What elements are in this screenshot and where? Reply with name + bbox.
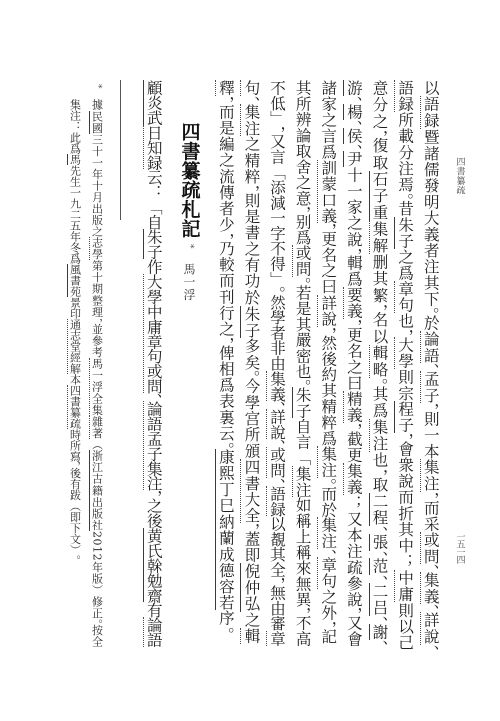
punctuation: ，	[371, 130, 387, 138]
punctuation: 、	[371, 575, 387, 583]
article-title: 四書纂疏札記	[180, 122, 199, 238]
proper-noun-mark: 尹	[343, 151, 363, 167]
book-title-mark: 詳說	[317, 295, 337, 327]
proper-noun-mark: 謝	[369, 624, 389, 641]
punctuation: ，	[345, 607, 361, 615]
punctuation: ，	[371, 304, 387, 312]
text-run: ，則一本	[422, 403, 440, 459]
text-run: 集注：此爲	[69, 99, 82, 154]
book-page: 四書纂疏 一五一四 以語録暨諸儒發明大義者注其下。於論語、孟子，則一本集注，而采…	[0, 0, 500, 721]
text-run: ，蓋即	[242, 523, 260, 563]
running-header-title: 四書纂疏	[455, 157, 464, 195]
punctuation: 。	[371, 378, 387, 386]
book-title-mark: 或問	[266, 447, 286, 478]
text-run: 、	[319, 549, 337, 557]
proper-noun-mark: 朱子	[292, 387, 312, 419]
proper-noun-mark: 顧炎武	[143, 80, 163, 125]
text-run: 有	[145, 602, 163, 617]
text-run: 其所辨論取舍之意，别爲	[294, 80, 312, 245]
text-run: 、	[242, 96, 260, 104]
book-title-mark: 論語	[420, 331, 440, 363]
punctuation: ，	[92, 318, 103, 324]
book-title-mark: 志學	[89, 237, 104, 260]
text-run: 、	[268, 478, 286, 486]
proper-noun-mark: 二程	[369, 493, 389, 526]
book-title-mark: 或問	[292, 245, 312, 277]
proper-noun-mark: 石子重	[369, 171, 389, 221]
preface-column: 諸家之言爲訓蒙口義，更名之曰詳說，然後約其精粹爲集注。而於集注、章句之外，記	[320, 80, 336, 644]
punctuation: ，	[397, 329, 413, 337]
proper-noun-mark: 朱子	[394, 217, 414, 249]
punctuation: 、	[371, 616, 387, 624]
punctuation: 、	[243, 96, 259, 104]
text-run: 、	[422, 604, 440, 612]
text-run: 意分之，復取	[371, 80, 389, 171]
text-run: 、	[422, 645, 440, 653]
book-title-mark: 集注	[292, 466, 312, 498]
punctuation: ，	[422, 492, 438, 500]
text-run: 暨諸儒發明大義者注其下。於	[422, 129, 440, 331]
book-title-mark: 大學中庸章句或問	[143, 274, 163, 393]
text-run: 作	[145, 259, 163, 274]
book-title-mark: 章句	[394, 281, 414, 313]
proper-noun-mark: 納蘭成德容若	[215, 514, 235, 611]
text-run: ，更名之曰	[319, 223, 337, 294]
proper-noun-mark: 程子	[394, 401, 414, 433]
text-run: ，之後	[145, 490, 163, 528]
book-title-mark: 輯略	[369, 345, 389, 378]
book-title-mark: 集義	[420, 572, 440, 604]
book-title-mark: 孟子	[420, 371, 440, 403]
text-run: 、	[268, 401, 286, 409]
book-title-mark: 集注	[240, 104, 260, 136]
punctuation: 、	[422, 363, 438, 371]
text-run: 、	[371, 640, 389, 648]
text-run: 、	[371, 575, 389, 583]
proper-noun-mark: 朱子	[240, 306, 260, 338]
text-run: 所載分注焉。昔	[396, 112, 414, 216]
text-run: ，而是編之流傳者少，乃較而刊行之，俾相爲表裏云。	[217, 96, 235, 449]
book-title-mark: 輯	[240, 628, 260, 644]
footnote-divider	[120, 80, 121, 220]
footnote-reference-mark: *	[185, 244, 194, 249]
preface-column: 不低」，又言「添減一字不得」。然學者非由集義、詳說、或問、語録以覩其全，無由審章	[269, 80, 285, 646]
text-run: 、	[345, 120, 363, 128]
punctuation: ，	[320, 327, 336, 335]
text-run: 多矣。今學宫所頒	[242, 338, 260, 459]
punctuation: 、	[371, 526, 387, 534]
punctuation: 、	[320, 549, 336, 557]
text-run: 云：「自	[145, 169, 163, 229]
text-run: ，而采	[422, 492, 440, 532]
proper-noun-mark: 游	[343, 80, 363, 96]
footnote-column: 據民國三十一年十月出版之志學第十期整理，並參考馬一浮全集雜著（浙江古籍出版社20…	[92, 99, 103, 648]
punctuation: ，	[320, 621, 336, 629]
proper-noun-mark: 榦勉齋	[143, 558, 163, 603]
punctuation: ，	[345, 423, 361, 431]
punctuation: ，	[243, 523, 259, 531]
punctuation: 。	[269, 286, 285, 294]
text-run: 、	[371, 616, 389, 624]
text-run: 之	[242, 612, 260, 628]
punctuation: 、	[371, 640, 387, 648]
footnote-column: 集注：此爲馬先生一九二五年冬爲風書苑景印通志堂經解本四書纂疏時所寫，後有跋（即下…	[70, 99, 81, 560]
proper-noun-mark: 黄氏	[143, 528, 163, 558]
text-run: 不低」，又言「添減一字不得」。然學者非由	[268, 80, 286, 371]
book-title-mark: 集注	[420, 459, 440, 491]
text-run: 2012年版）修正。按全	[91, 531, 104, 647]
book-title-mark: 集義	[343, 463, 363, 495]
punctuation: 。	[70, 555, 81, 561]
book-title-mark: 章句	[317, 557, 337, 589]
punctuation: 、	[422, 645, 438, 653]
proper-noun-mark: 張	[369, 534, 389, 551]
proper-noun-mark: 浙江古籍出版社	[89, 450, 104, 531]
text-run: 序。	[217, 610, 235, 634]
text-run: 景印	[69, 297, 82, 319]
punctuation: ，	[269, 577, 285, 585]
punctuation: 、	[345, 120, 361, 128]
text-run: 、	[422, 363, 440, 371]
text-run: 、	[145, 393, 163, 401]
punctuation: ，	[269, 126, 285, 134]
punctuation: ，	[371, 469, 387, 477]
text-run: 十一家之說，輯爲	[345, 167, 363, 287]
text-run: ；又本注疏參說，又會	[345, 495, 363, 647]
punctuation: ，	[217, 233, 233, 241]
text-run: 删其繁，名以	[371, 254, 389, 345]
text-run: ，然後約其精粹爲	[319, 327, 337, 446]
proper-noun-mark: 二吕	[369, 583, 389, 616]
punctuation: ，	[243, 185, 259, 193]
text-run: 自言「	[294, 418, 312, 465]
article-body-column: 顧炎武日知録云：「自朱子作大學中庸章句或問、論語孟子集注，之後黄氏榦勉齋有論語	[145, 80, 161, 647]
text-run: 。若是其嚴密也。	[294, 277, 312, 387]
punctuation: ，	[145, 490, 161, 498]
book-title-mark: 語録	[266, 486, 286, 517]
book-title-mark: 集注	[317, 446, 337, 478]
text-run: 以覩其全，無由審	[268, 516, 286, 631]
text-run: 。其爲	[371, 378, 389, 419]
text-run: 以	[422, 80, 440, 96]
text-run: 本	[69, 374, 82, 385]
text-run: 時所寫，後有跋（即下文）。	[69, 429, 82, 561]
book-title-mark: 句	[240, 80, 260, 96]
text-run: 諸家之言爲	[319, 80, 337, 160]
proper-noun-mark: 楊	[343, 104, 363, 120]
book-title-mark: 詳說	[266, 409, 286, 440]
preface-column: 句、集注之精粹，則是書之有功於朱子多矣。今學宫所頒四書大全，蓋即倪仲弘之輯	[243, 80, 259, 644]
proper-noun-mark: 侯	[343, 128, 363, 144]
book-title-mark: 馬一浮全集	[89, 358, 104, 416]
punctuation: 。	[397, 193, 413, 201]
punctuation: 、	[422, 604, 438, 612]
punctuation: ，	[217, 96, 233, 104]
punctuation: 。	[294, 379, 310, 387]
punctuation: 。	[294, 277, 310, 285]
preface-column: 語録所載分注焉。昔朱子之爲章句也，大學則宗程子，會衆說而折其中；中庸則以己	[397, 80, 413, 650]
book-title-mark: 集義	[266, 371, 286, 402]
book-title-mark: 或問	[420, 532, 440, 564]
page-number: 一五一四	[455, 532, 464, 563]
preface-column: 以語録暨諸儒發明大義者注其下。於論語、孟子，則一本集注，而采或問、集義、詳說、	[422, 80, 438, 652]
book-title-mark: 論語	[143, 617, 163, 647]
book-title-mark: 訓蒙口義	[317, 160, 337, 224]
punctuation: 、	[345, 96, 361, 104]
text-run: ，截更	[345, 423, 363, 463]
book-title-mark: 集解	[369, 221, 389, 254]
text-run: 、	[345, 96, 363, 104]
proper-noun-mark: 康熙丁巳	[215, 449, 235, 513]
text-run: 。而於	[319, 478, 337, 518]
book-title-mark: 精義	[343, 391, 363, 423]
punctuation: 、	[269, 401, 285, 409]
text-run: 第十期整理，並參考	[91, 260, 104, 358]
text-run: 也，	[396, 313, 414, 337]
preface-column: 意分之，復取石子重集解删其繁，名以輯略。其爲集注也，取二程、張、范、二吕、謝、	[371, 80, 387, 648]
punctuation: ，	[294, 206, 310, 214]
proper-noun-mark: 倪仲弘	[240, 563, 260, 611]
article-author: 馬一浮	[183, 263, 195, 301]
book-title-mark: 中庸	[394, 570, 414, 602]
punctuation: ，	[345, 248, 361, 256]
preface-column: 游、楊、侯、尹十一家之說，輯爲要義，更名之曰精義，截更集義；又本注疏參說，又會	[345, 80, 361, 647]
text-run: 三十一年十月出版之	[91, 134, 104, 238]
punctuation: ，	[294, 607, 310, 615]
punctuation: 。	[243, 370, 259, 378]
text-run: 先生一九二五年冬爲	[69, 165, 82, 264]
text-run: 之爲	[396, 249, 414, 281]
text-run: 之外，記	[319, 589, 337, 645]
book-title-mark: 要義	[343, 287, 363, 319]
book-title-mark: 釋	[215, 80, 235, 96]
book-title-mark: 詳說	[420, 612, 440, 644]
punctuation: 、	[269, 478, 285, 486]
book-title-mark: 日知録	[143, 125, 163, 170]
text-run: 據	[91, 99, 104, 111]
text-run: 則以己	[396, 602, 414, 650]
punctuation: ，	[70, 461, 81, 467]
punctuation: 。	[320, 478, 336, 486]
punctuation: ，	[345, 319, 361, 327]
text-run: 也，取	[371, 452, 389, 493]
book-title-mark: 集注	[369, 419, 389, 452]
punctuation: ，	[397, 433, 413, 441]
book-title-mark: 集注	[317, 517, 337, 549]
book-title-mark: 雜著	[89, 416, 104, 439]
proper-noun-mark: 民國	[89, 111, 104, 134]
text-run: 則宗	[396, 369, 414, 401]
text-run: 如稱上稱來無異，不高	[294, 497, 312, 647]
punctuation: 。	[422, 307, 438, 315]
book-title-mark: 語録	[420, 96, 440, 128]
punctuation: 。	[217, 627, 233, 635]
book-title-mark: 四書纂疏	[67, 385, 82, 429]
book-title-mark: 語録	[394, 80, 414, 112]
punctuation: 、	[422, 564, 438, 572]
text-run: 、	[371, 526, 389, 534]
book-title-mark: 大學	[394, 337, 414, 369]
text-run: 之精粹，則是書之有功於	[242, 136, 260, 305]
book-title-mark: 論語孟子集注	[143, 401, 163, 490]
proper-noun-mark: 范	[369, 558, 389, 575]
proper-noun-mark: 風書苑	[67, 264, 82, 297]
book-title-mark: 通志堂經解	[67, 319, 82, 374]
punctuation: ，	[217, 337, 233, 345]
punctuation: 、	[145, 393, 161, 401]
footnote-marker: *	[93, 84, 102, 89]
book-title-mark: 四書大全	[240, 459, 260, 524]
punctuation: ，	[422, 403, 438, 411]
punctuation: ，	[320, 223, 336, 231]
text-run: ，會衆說而折其中；	[396, 433, 414, 570]
book-title-mark: 章	[266, 631, 286, 646]
text-run: 、	[422, 564, 440, 572]
punctuation: 。	[92, 619, 103, 625]
proper-noun-mark: 馬	[67, 154, 82, 165]
preface-column: 釋，而是編之流傳者少，乃較而刊行之，俾相爲表裏云。康熙丁巳納蘭成德容若序。	[217, 80, 233, 634]
proper-noun-mark: 朱子	[143, 229, 163, 259]
preface-column: 其所辨論取舍之意，别爲或問。若是其嚴密也。朱子自言「集注如稱上稱來無異，不高	[294, 80, 310, 647]
text-run: （	[91, 439, 104, 451]
text-run: ，更名之曰	[345, 319, 363, 391]
